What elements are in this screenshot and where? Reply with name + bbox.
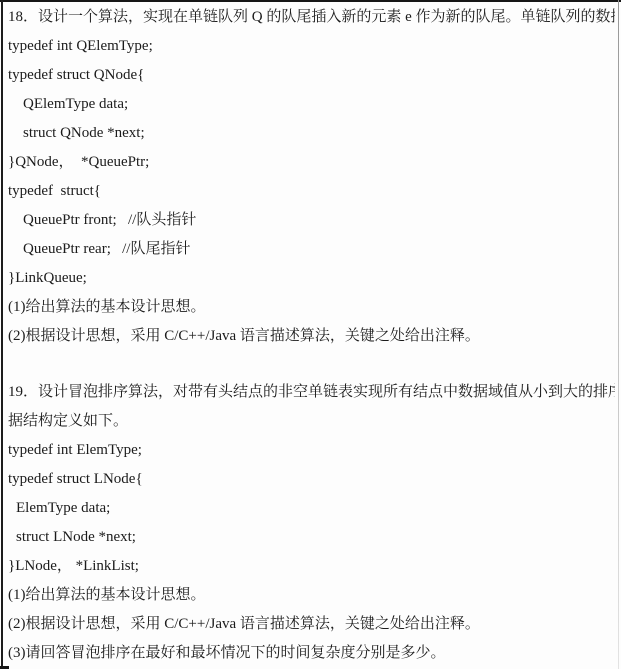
document-page: 18．设计一个算法，实现在单链队列 Q 的队尾插入新的元素 e 作为新的队尾。单… xyxy=(0,0,621,669)
code-line: typedef struct QNode{ xyxy=(8,61,615,90)
page-content: 18．设计一个算法，实现在单链队列 Q 的队尾插入新的元素 e 作为新的队尾。单… xyxy=(8,3,615,668)
code-line: }LinkQueue; xyxy=(8,264,615,293)
question-19-subitem-1: (1)给出算法的基本设计思想。 xyxy=(8,581,615,610)
code-line: struct QNode *next; xyxy=(8,119,615,148)
question-19-stem-wrap: 据结构定义如下。 xyxy=(8,407,615,436)
code-line: typedef int ElemType; xyxy=(8,436,615,465)
code-line: QueuePtr front; //队头指针 xyxy=(8,206,615,235)
question-19-subitem-3: (3)请回答冒泡排序在最好和最坏情况下的时间复杂度分别是多少。 xyxy=(8,639,615,668)
question-19-stem: 19．设计冒泡排序算法，对带有头结点的非空单链表实现所有结点中数据域值从小到大的… xyxy=(8,378,615,407)
scan-edge-left xyxy=(1,0,3,669)
code-line: }QNode， *QueuePtr; xyxy=(8,148,615,177)
question-18-subitem-2: (2)根据设计思想，采用 C/C++/Java 语言描述算法，关键之处给出注释。 xyxy=(8,322,615,351)
code-line: typedef int QElemType; xyxy=(8,32,615,61)
question-19-subitem-2: (2)根据设计思想，采用 C/C++/Java 语言描述算法，关键之处给出注释。 xyxy=(8,610,615,639)
scan-edge-right xyxy=(618,0,619,669)
code-line: ElemType data; xyxy=(8,494,615,523)
code-line: typedef struct LNode{ xyxy=(8,465,615,494)
blank-gap xyxy=(8,351,615,378)
code-line: typedef struct{ xyxy=(8,177,615,206)
code-line: }LNode， *LinkList; xyxy=(8,552,615,581)
code-line: QElemType data; xyxy=(8,90,615,119)
scan-edge-top xyxy=(0,0,621,2)
code-line: struct LNode *next; xyxy=(8,523,615,552)
code-line: QueuePtr rear; //队尾指针 xyxy=(8,235,615,264)
question-18: 18．设计一个算法，实现在单链队列 Q 的队尾插入新的元素 e 作为新的队尾。单… xyxy=(8,3,615,351)
question-18-stem: 18．设计一个算法，实现在单链队列 Q 的队尾插入新的元素 e 作为新的队尾。单… xyxy=(8,3,615,32)
question-18-subitem-1: (1)给出算法的基本设计思想。 xyxy=(8,293,615,322)
question-19: 19．设计冒泡排序算法，对带有头结点的非空单链表实现所有结点中数据域值从小到大的… xyxy=(8,378,615,668)
